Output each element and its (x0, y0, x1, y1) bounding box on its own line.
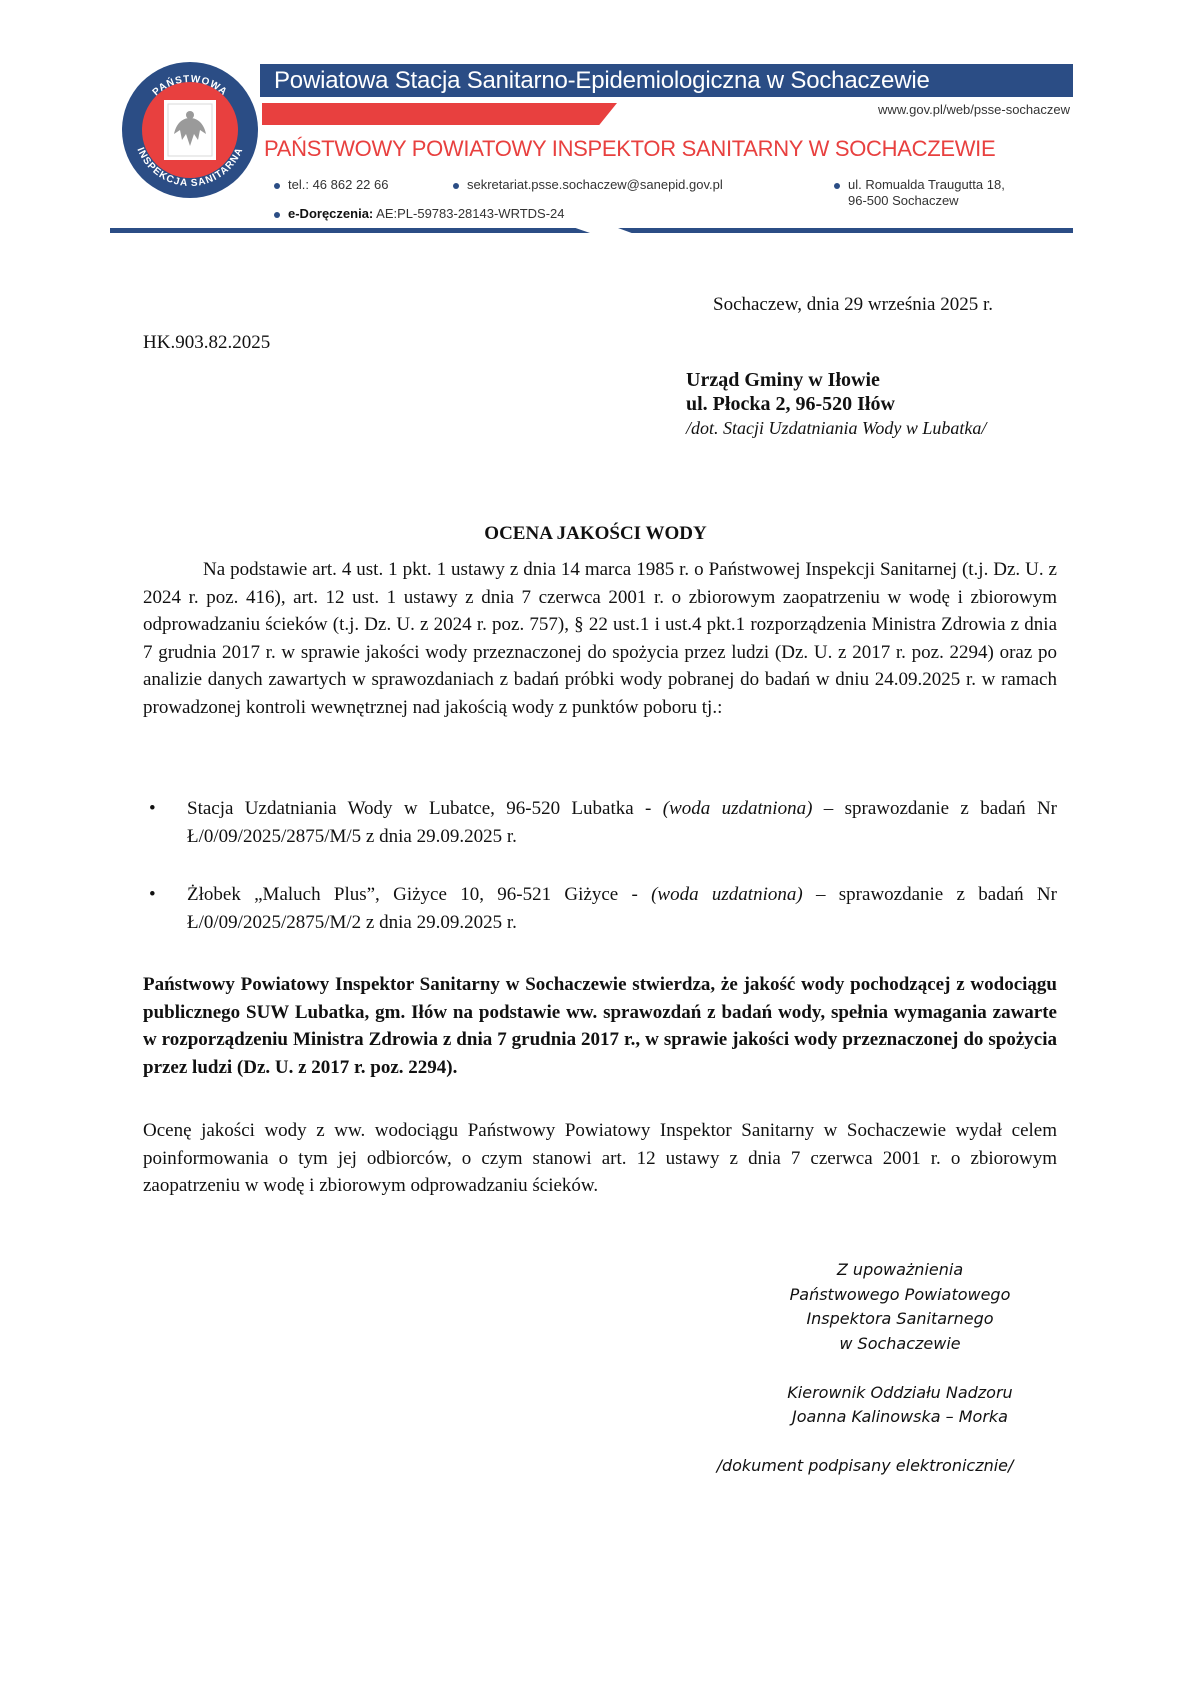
contact-phone: tel.: 46 862 22 66 (274, 177, 388, 193)
signatory-position: Kierownik Oddziału Nadzoru (700, 1381, 1100, 1406)
bullet-icon (834, 183, 840, 189)
address-line-1: ul. Romualda Traugutta 18, (848, 177, 1005, 192)
inspector-title: PAŃSTWOWY POWIATOWY INSPEKTOR SANITARNY … (264, 136, 995, 162)
letterhead: PAŃSTWOWA INSPEKCJA SANITARNA Powiatowa … (110, 50, 1070, 240)
list-item: • Stacja Uzdatniania Wody w Lubatce, 96-… (143, 795, 1057, 850)
signature-block: Z upoważnienia Państwowego Powiatowego I… (700, 1258, 1100, 1479)
bullet-icon (453, 183, 459, 189)
header-divider-left (110, 228, 590, 233)
contact-address: ul. Romualda Traugutta 18, 96-500 Sochac… (834, 177, 1005, 209)
signature-authority-line-4: w Sochaczewie (700, 1332, 1100, 1357)
edoreczenia-label: e-Doręczenia: (288, 206, 373, 221)
bullet-icon: • (149, 881, 156, 909)
recipient-regarding: /dot. Stacji Uzdatniania Wody w Lubatka/ (686, 416, 986, 440)
list-item: • Żłobek „Maluch Plus”, Giżyce 10, 96-52… (143, 881, 1057, 936)
institution-name-banner: Powiatowa Stacja Sanitarno-Epidemiologic… (260, 64, 1073, 97)
state-sanitary-inspection-logo-icon: PAŃSTWOWA INSPEKCJA SANITARNA (120, 60, 260, 200)
case-reference-number: HK.903.82.2025 (143, 330, 270, 356)
spacer (700, 1356, 1100, 1381)
recipient-address: ul. Płocka 2, 96-520 Iłów (686, 392, 986, 416)
red-accent-stripe (262, 103, 617, 125)
sampling-location: Żłobek „Maluch Plus”, Giżyce 10, 96-521 … (187, 884, 651, 905)
email-link[interactable]: sekretariat.psse.sochaczew@sanepid.gov.p… (467, 177, 723, 192)
signature-authority-line-2: Państwowego Powiatowego (700, 1283, 1100, 1308)
sampling-location: Stacja Uzdatniania Wody w Lubatce, 96-52… (187, 798, 663, 819)
contact-edoreczenia: e-Doręczenia: AE:PL-59783-28143-WRTDS-24 (274, 206, 565, 222)
electronic-signature-note: /dokument podpisany elektronicznie/ (630, 1454, 1100, 1479)
conclusion-paragraph: Państwowy Powiatowy Inspektor Sanitarny … (143, 971, 1057, 1081)
header-divider-right (618, 228, 1073, 233)
intro-paragraph: Na podstawie art. 4 ust. 1 pkt. 1 ustawy… (143, 556, 1057, 721)
document-title: OCENA JAKOŚCI WODY (0, 523, 1191, 545)
signatory-name: Joanna Kalinowska – Morka (700, 1405, 1100, 1430)
sampling-points-list: • Stacja Uzdatniania Wody w Lubatce, 96-… (143, 795, 1057, 967)
closing-paragraph: Ocenę jakości wody z ww. wodociągu Państ… (143, 1117, 1057, 1200)
water-type: (woda uzdatniona) (663, 798, 813, 819)
contact-email: sekretariat.psse.sochaczew@sanepid.gov.p… (453, 177, 723, 193)
signature-authorization: Z upoważnienia (700, 1258, 1100, 1283)
phone-text: tel.: 46 862 22 66 (288, 177, 388, 192)
recipient-block: Urząd Gminy w Iłowie ul. Płocka 2, 96-52… (686, 368, 986, 440)
letter-date: Sochaczew, dnia 29 września 2025 r. (713, 292, 993, 318)
spacer (700, 1430, 1100, 1455)
signature-authority-line-3: Inspektora Sanitarnego (700, 1307, 1100, 1332)
water-type: (woda uzdatniona) (651, 884, 803, 905)
recipient-name: Urząd Gminy w Iłowie (686, 368, 986, 392)
bullet-icon (274, 212, 280, 218)
bullet-icon (274, 183, 280, 189)
address-line-2: 96-500 Sochaczew (834, 193, 1005, 209)
bullet-icon: • (149, 795, 156, 823)
edoreczenia-address: AE:PL-59783-28143-WRTDS-24 (376, 206, 564, 221)
website-link[interactable]: www.gov.pl/web/psse-sochaczew (878, 102, 1070, 117)
